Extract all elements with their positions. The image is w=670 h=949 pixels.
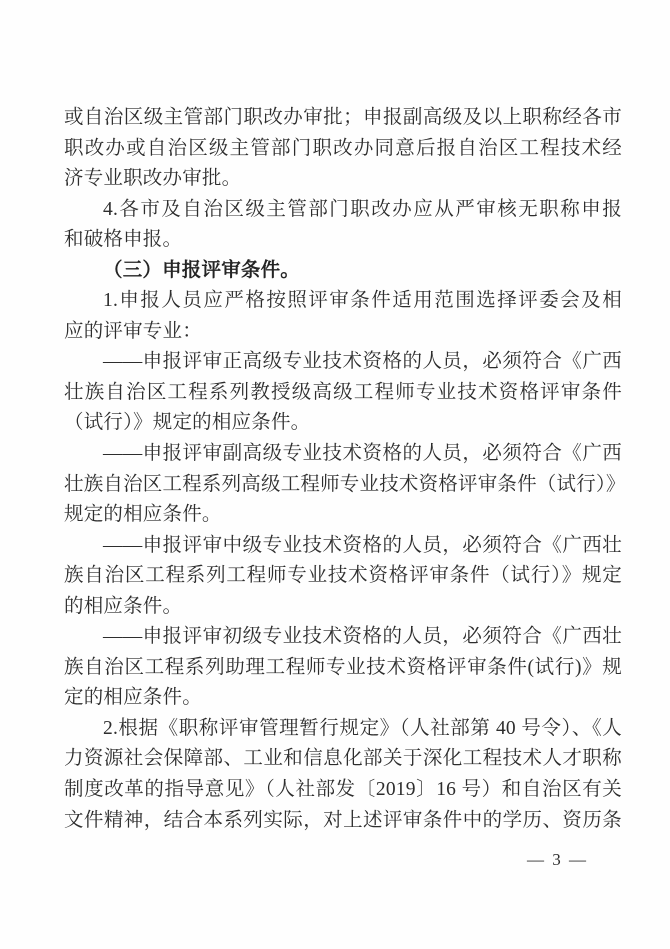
body-paragraph: ——申报评审中级专业技术资格的人员，必须符合《广西壮族自治区工程系列工程师专业技… [64,531,622,623]
text-line: 族自治区工程系列工程师专业技术资格评审条件（试行）》规定 [64,561,622,592]
text-line: 定的相应条件。 [64,683,622,714]
text-line: 力资源社会保障部、工业和信息化部关于深化工程技术人才职称 [64,744,622,775]
body-paragraph: 或自治区级主管部门职改办审批；申报副高级及以上职称经各市职改办或自治区级主管部门… [64,103,622,195]
text-line: 4.各市及自治区级主管部门职改办应从严审核无职称申报 [64,195,622,226]
page-number: — 3 — [527,850,588,870]
text-line: 和破格申报。 [64,225,622,256]
text-line: 2.根据《职称评审管理暂行规定》（人社部第 40 号令）、《人 [64,714,622,745]
text-line: 济专业职改办审批。 [64,164,622,195]
body-paragraph: ——申报评审初级专业技术资格的人员，必须符合《广西壮族自治区工程系列助理工程师专… [64,622,622,714]
text-line: 应的评审专业： [64,317,622,348]
text-line: 制度改革的指导意见》（人社部发〔2019〕16 号）和自治区有关 [64,775,622,806]
text-line: （三）申报评审条件。 [64,256,622,287]
text-line: ——申报评审正高级专业技术资格的人员，必须符合《广西 [64,347,622,378]
text-line: 族自治区工程系列助理工程师专业技术资格评审条件(试行)》规 [64,653,622,684]
body-paragraph: 4.各市及自治区级主管部门职改办应从严审核无职称申报和破格申报。 [64,195,622,256]
text-line: ——申报评审中级专业技术资格的人员，必须符合《广西壮 [64,531,622,562]
text-line: 壮族自治区工程系列教授级高级工程师专业技术资格评审条件 [64,378,622,409]
text-line: 文件精神，结合本系列实际，对上述评审条件中的学历、资历条 [64,806,622,837]
text-line: 或自治区级主管部门职改办审批；申报副高级及以上职称经各市 [64,103,622,134]
section-heading-paragraph: （三）申报评审条件。 [64,256,622,287]
body-paragraph: ——申报评审副高级专业技术资格的人员，必须符合《广西壮族自治区工程系列高级工程师… [64,439,622,531]
body-paragraph: 2.根据《职称评审管理暂行规定》（人社部第 40 号令）、《人力资源社会保障部、… [64,714,622,836]
text-line: ——申报评审初级专业技术资格的人员，必须符合《广西壮 [64,622,622,653]
text-line: （试行）》规定的相应条件。 [64,408,622,439]
text-line: 1.申报人员应严格按照评审条件适用范围选择评委会及相 [64,286,622,317]
document-body: 或自治区级主管部门职改办审批；申报副高级及以上职称经各市职改办或自治区级主管部门… [64,103,622,836]
text-line: 的相应条件。 [64,592,622,623]
text-line: 规定的相应条件。 [64,500,622,531]
body-paragraph: ——申报评审正高级专业技术资格的人员，必须符合《广西壮族自治区工程系列教授级高级… [64,347,622,439]
text-line: ——申报评审副高级专业技术资格的人员，必须符合《广西 [64,439,622,470]
body-paragraph: 1.申报人员应严格按照评审条件适用范围选择评委会及相应的评审专业： [64,286,622,347]
text-line: 壮族自治区工程系列高级工程师专业技术资格评审条件（试行）》 [64,470,622,501]
document-page: 或自治区级主管部门职改办审批；申报副高级及以上职称经各市职改办或自治区级主管部门… [0,0,670,949]
text-line: 职改办或自治区级主管部门职改办同意后报自治区工程技术经 [64,134,622,165]
